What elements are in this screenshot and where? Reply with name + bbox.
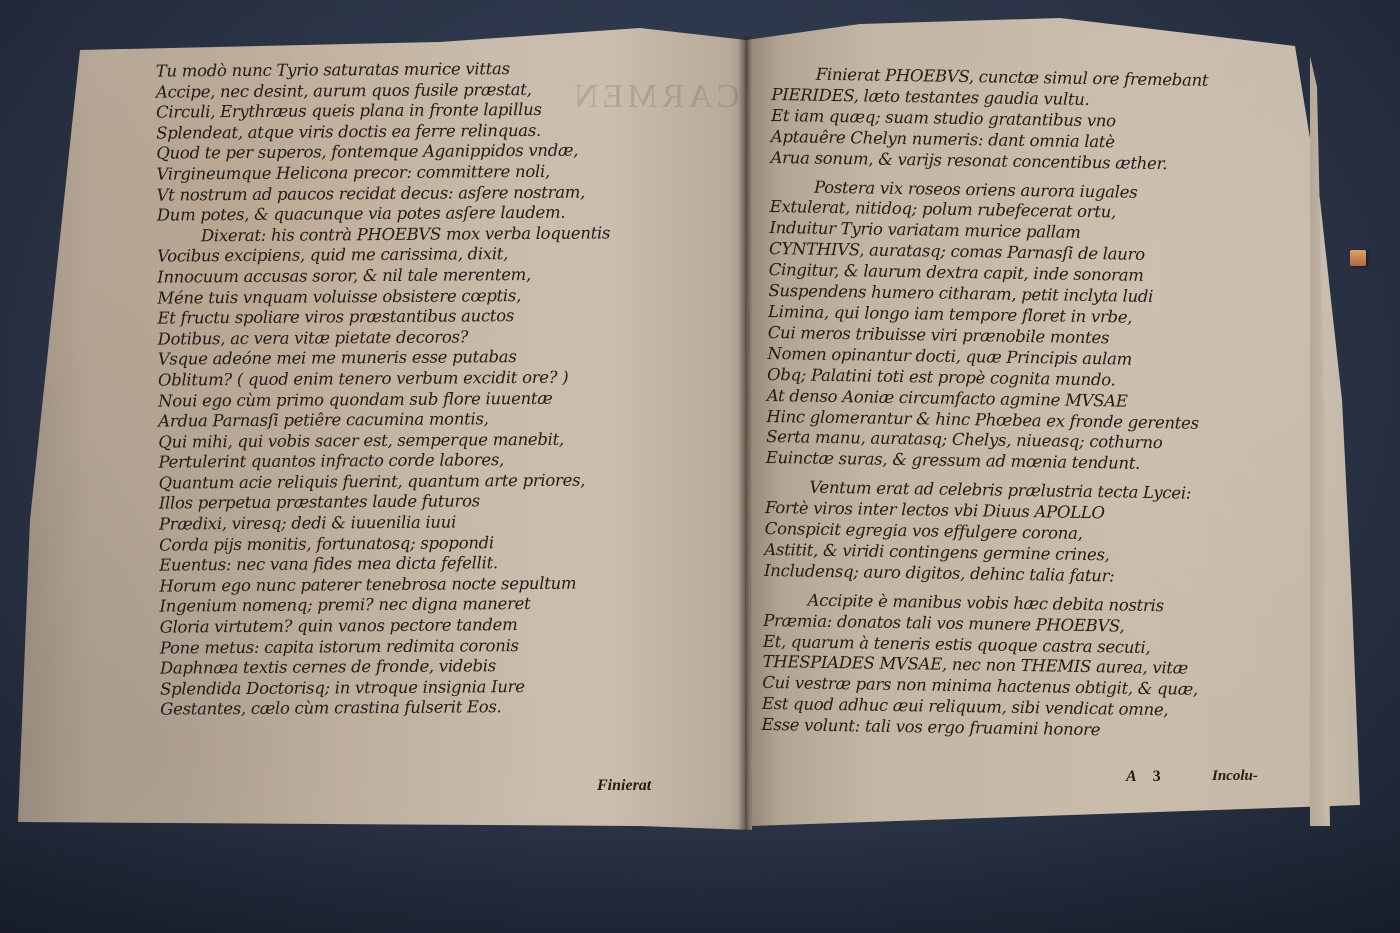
verse-line: Oblitum? ( quod enim tenero verbum excid…: [158, 367, 611, 391]
book-gutter: [738, 36, 752, 831]
verse-line: Dum potes, & quacunque via potes asſere …: [157, 203, 610, 227]
ribbon-marker-icon: [1350, 250, 1366, 266]
verse-line: Circuli, Erythræus queis plana in fronte…: [156, 100, 609, 124]
verse-line: Gestantes, cælo cùm crastina fulserit Eo…: [160, 697, 613, 721]
verse-line: Horum ego nunc paterer tenebrosa nocte s…: [159, 573, 612, 597]
verse-line: Virgineumque Helicona precor: committere…: [156, 161, 609, 185]
left-page-text: Tu modò nunc Tyrio saturatas murice vitt…: [156, 58, 614, 720]
verse-line: Dixerat: his contrà PHOEBVS mox verba lo…: [157, 223, 610, 247]
table-shadow: [0, 820, 1400, 933]
book-photo: CARMEN Tu modò nunc Tyrio saturatas muri…: [0, 0, 1400, 933]
verse-line: Noui ego cùm primo quondam sub flore iuu…: [158, 388, 611, 412]
verse-line: Qui mihi, qui vobis sacer est, semperque…: [158, 429, 611, 453]
signature-number: 3: [1153, 768, 1161, 785]
signature-mark: A3: [1126, 768, 1161, 786]
left-catchword: Finierat: [597, 777, 651, 795]
signature-letter: A: [1126, 768, 1137, 785]
verse-line: Quantum acie reliquis fuerint, quantum a…: [159, 470, 612, 494]
right-catchword: Incolu-: [1212, 768, 1258, 785]
right-page-text: Finierat PHOEBVS, cunctæ simul ore freme…: [761, 64, 1208, 743]
